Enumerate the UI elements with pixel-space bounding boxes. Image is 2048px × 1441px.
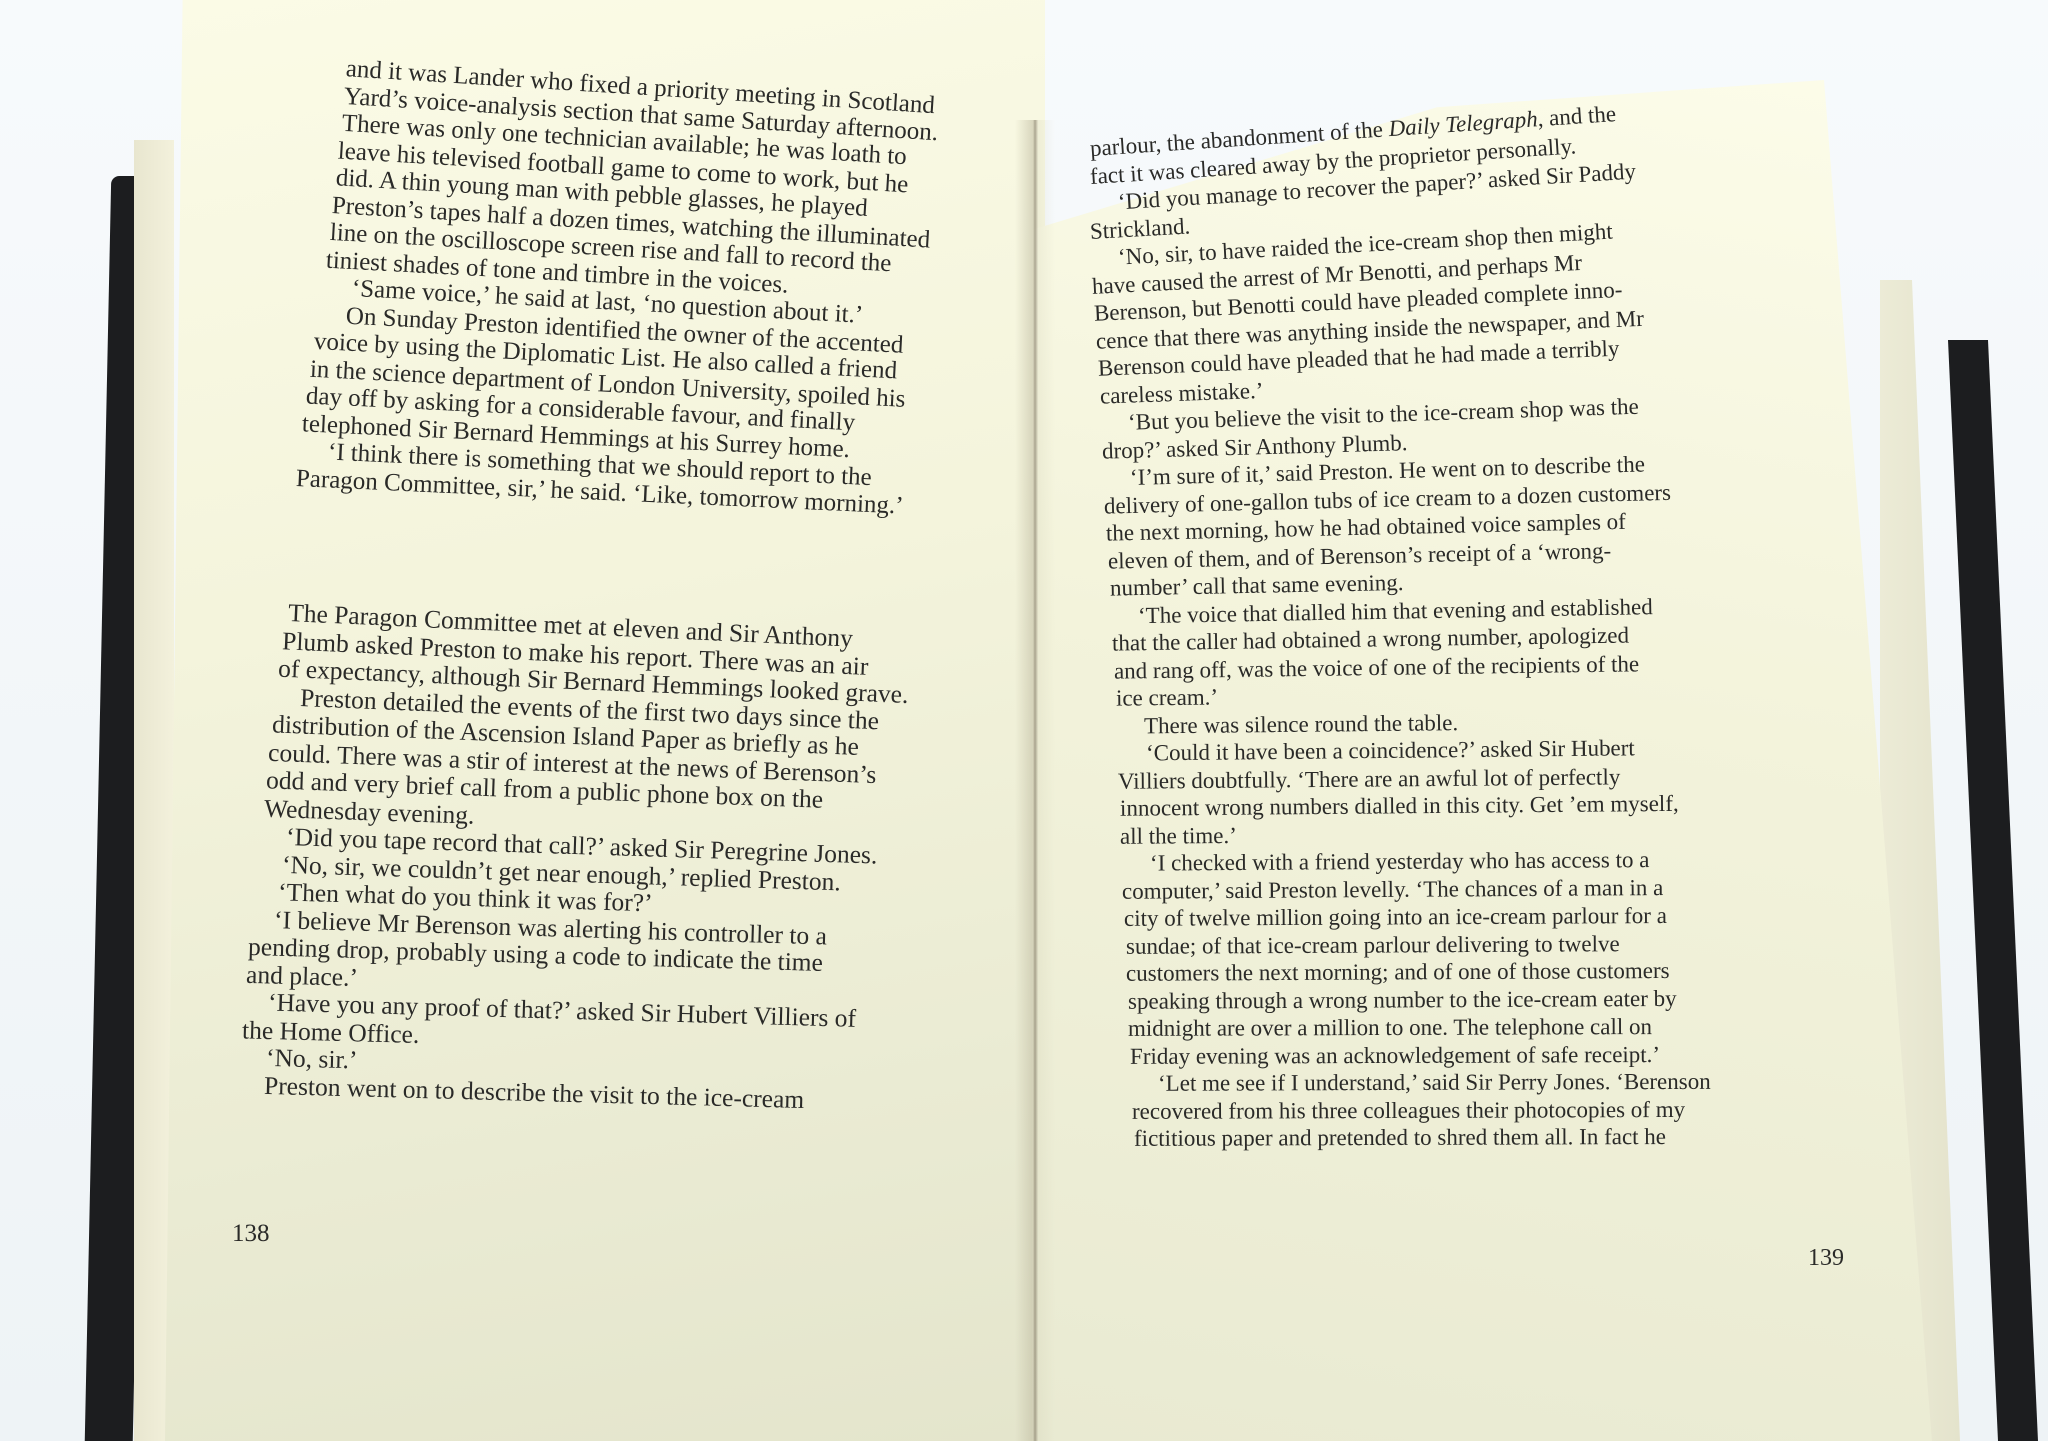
text-line: Friday evening was an acknowledgement of… — [1090, 1040, 1711, 1070]
page-number-left: 138 — [232, 1220, 270, 1248]
photo-scene: and it was Lander who fixed a priority m… — [0, 0, 2048, 1441]
text-line: speaking through a wrong number to the i… — [1090, 984, 1711, 1015]
text-line: city of twelve million going into an ice… — [1090, 902, 1711, 933]
text-line: fictitious paper and pretended to shred … — [1090, 1123, 1711, 1153]
left-page-section-1: and it was Lander who fixed a priority m… — [296, 52, 939, 492]
text-line: customers the next morning; and of one o… — [1090, 957, 1711, 988]
text-line: computer,’ said Preston levelly. ‘The ch… — [1090, 873, 1711, 905]
text-line: recovered from his three colleagues thei… — [1090, 1095, 1711, 1125]
book-cover-right-edge — [1948, 340, 2038, 1441]
book-gutter — [1015, 120, 1055, 1441]
page-number-right: 139 — [1808, 1245, 1844, 1272]
left-page-section-2: The Paragon Committee met at eleven and … — [238, 612, 909, 1107]
text-line: all the time.’ — [1090, 818, 1711, 850]
text-line: midnight are over a million to one. The … — [1090, 1013, 1711, 1043]
text-line: ‘I checked with a friend yesterday who h… — [1090, 846, 1711, 878]
text-line: innocent wrong numbers dialled in this c… — [1090, 790, 1711, 823]
text-line: ‘Let me see if I understand,’ said Sir P… — [1090, 1068, 1711, 1098]
right-page-text: parlour, the abandonment of the Daily Te… — [1090, 135, 1711, 1153]
text-line: sundae; of that ice-cream parlour delive… — [1090, 929, 1711, 960]
